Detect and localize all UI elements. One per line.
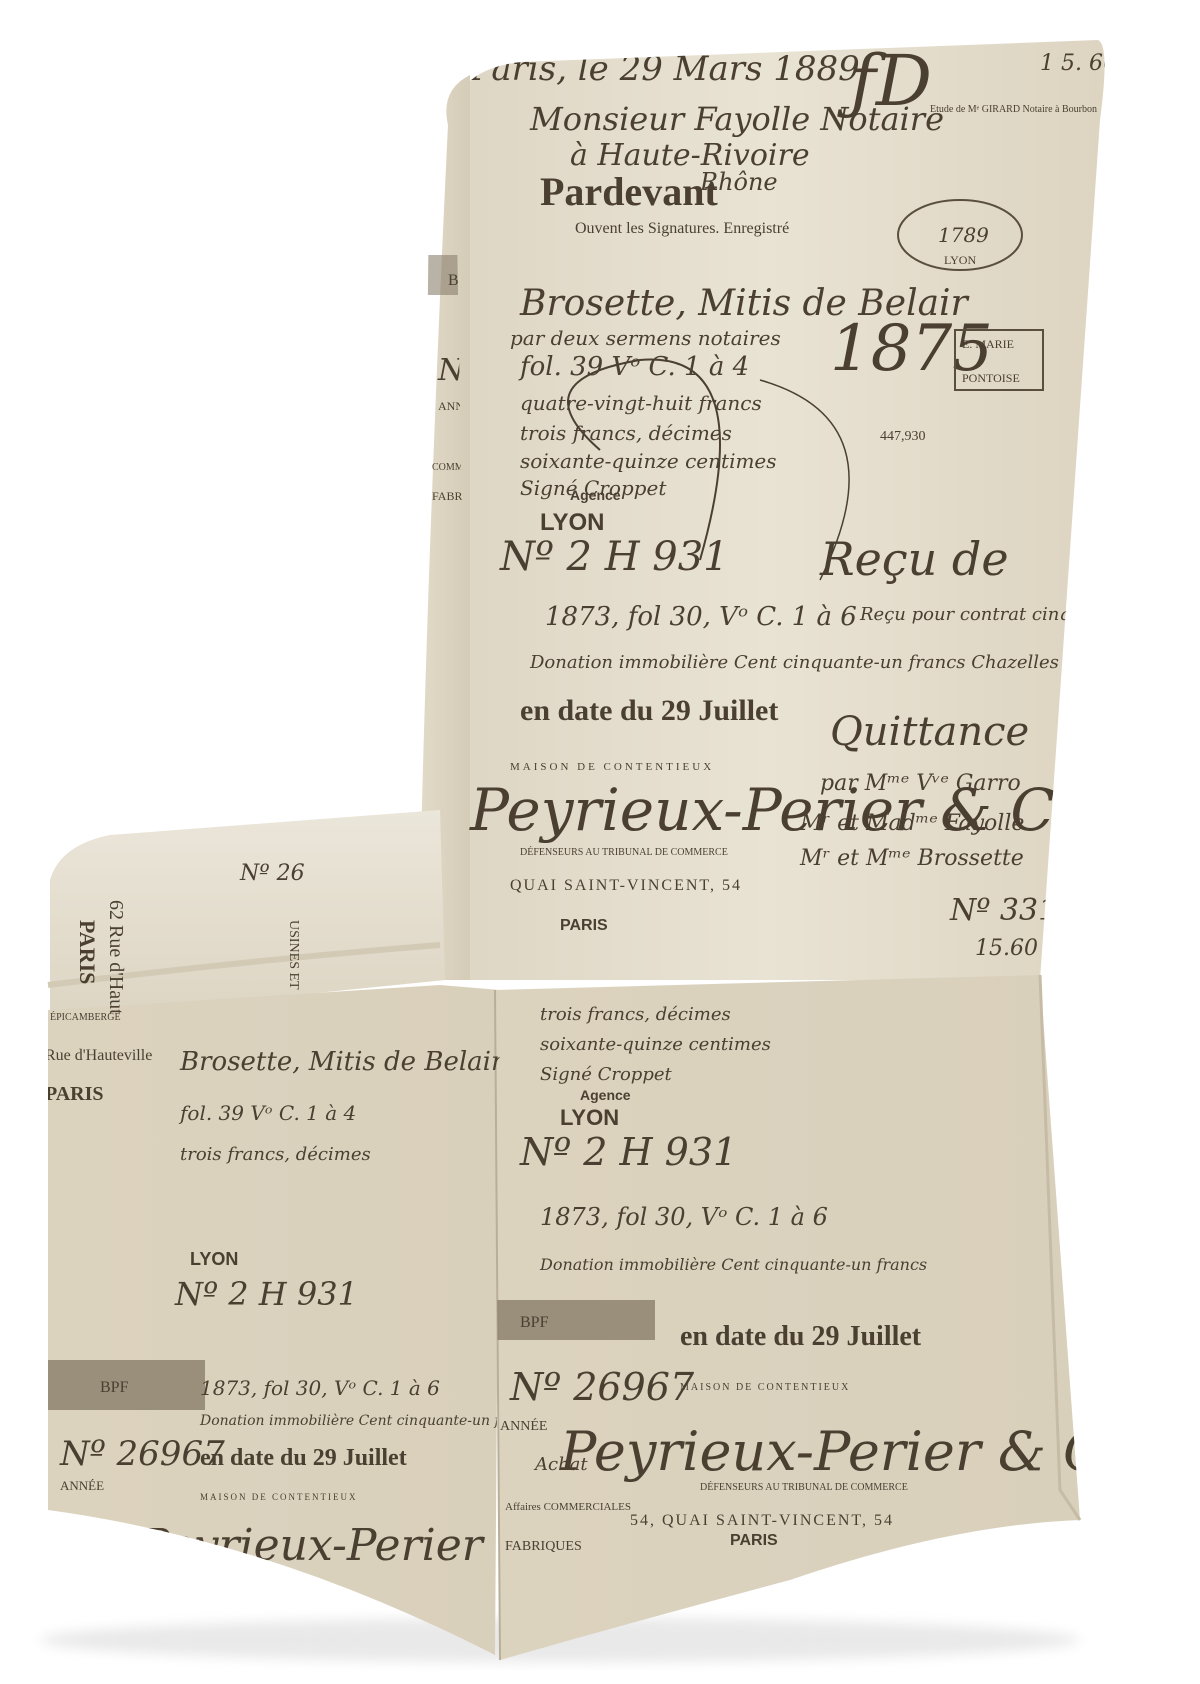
svg-text:Nº 2 H 931: Nº 2 H 931 <box>499 534 729 580</box>
svg-text:Quittance: Quittance <box>830 709 1029 755</box>
svg-text:Nº 2 H 931: Nº 2 H 931 <box>174 1275 358 1313</box>
svg-text:PONTOISE: PONTOISE <box>962 371 1020 385</box>
svg-text:Rue d'Hauteville: Rue d'Hauteville <box>45 1047 152 1064</box>
svg-text:Nº 331: Nº 331 <box>999 0 1086 26</box>
svg-text:1873, fol 30, Vᵒ C. 1 à 6: 1873, fol 30, Vᵒ C. 1 à 6 <box>200 1376 440 1400</box>
svg-text:trois francs, décimes: trois francs, décimes <box>180 1144 371 1165</box>
svg-text:Reçu de: Reçu de <box>819 532 1009 586</box>
svg-text:LYON: LYON <box>944 253 976 267</box>
chair-illustration: Paris, le 29 Mars 1889 ƒD Nº 331 1 5. 60… <box>0 0 1200 1684</box>
svg-text:Reçu pour contrat cinq: Reçu pour contrat cinq <box>859 604 1071 625</box>
svg-text:Nº 26967: Nº 26967 <box>509 1365 695 1409</box>
svg-text:soixante-quinze centimes: soixante-quinze centimes <box>540 1034 771 1055</box>
svg-text:DÉFENSEURS AU TRIBUNAL DE COMM: DÉFENSEURS AU TRIBUNAL DE COMMERCE <box>520 846 728 858</box>
svg-text:Etude de Mᵉ GIRARD Notaire à B: Etude de Mᵉ GIRARD Notaire à Bourbon <box>930 104 1097 115</box>
svg-text:Donation immobilière Cent cinq: Donation immobilière Cent cinquante-un f… <box>539 1255 927 1274</box>
svg-text:Mʳ et Madᵐᵉ Fayolle: Mʳ et Madᵐᵉ Fayolle <box>799 811 1024 836</box>
svg-text:quatre-vingt-huit francs: quatre-vingt-huit francs <box>520 391 762 415</box>
svg-text:15.60: 15.60 <box>975 936 1038 961</box>
svg-text:LYON: LYON <box>540 509 604 536</box>
svg-text:Peyrieux-Perier & Cie: Peyrieux-Perier & Cie <box>559 1420 1154 1483</box>
svg-text:MAISON DE CONTENTIEUX: MAISON DE CONTENTIEUX <box>510 761 714 773</box>
svg-text:en date du 29 Juillet: en date du 29 Juillet <box>200 1445 407 1471</box>
svg-text:DÉFENSEURS AU TRIBUNAL DE COMM: DÉFENSEURS AU TRIBUNAL DE COMMERCE <box>700 1481 908 1493</box>
svg-text:LYON: LYON <box>560 1105 619 1130</box>
svg-text:par Mᵐᵉ Vᵛᵉ Garro: par Mᵐᵉ Vᵛᵉ Garro <box>820 771 1021 796</box>
svg-text:USINES ET: USINES ET <box>286 920 301 990</box>
svg-text:447,930: 447,930 <box>880 429 926 444</box>
svg-text:Donation immobilière Cent cinq: Donation immobilière Cent cinquante-un f… <box>529 652 1059 673</box>
svg-text:ANNÉE: ANNÉE <box>500 1417 547 1434</box>
svg-text:ANNÉE: ANNÉE <box>60 1478 104 1493</box>
svg-text:54, QUAI SAINT-VINCENT, 54: 54, QUAI SAINT-VINCENT, 54 <box>630 1512 894 1529</box>
svg-text:Ouvent les Signatures. Enregis: Ouvent les Signatures. Enregistré <box>575 220 789 237</box>
svg-text:1 5. 60: 1 5. 60 <box>1040 51 1117 76</box>
svg-text:Pardevant: Pardevant <box>540 169 718 214</box>
svg-text:Paris, le 29 Mars 1889: Paris, le 29 Mars 1889 <box>469 49 860 89</box>
svg-text:FABRIQUES: FABRIQUES <box>505 1539 582 1554</box>
svg-text:Donation immobilière Cent cinq: Donation immobilière Cent cinquante-un f… <box>199 1413 539 1429</box>
svg-text:BPF: BPF <box>520 1314 549 1331</box>
svg-text:MAISON DE CONTENTIEUX: MAISON DE CONTENTIEUX <box>200 1492 358 1502</box>
svg-text:QUAI SAINT-VINCENT, 54: QUAI SAINT-VINCENT, 54 <box>510 877 742 894</box>
svg-text:E. MARIE: E. MARIE <box>962 337 1014 351</box>
svg-text:PARIS: PARIS <box>730 1532 778 1549</box>
svg-text:Agence: Agence <box>570 487 621 503</box>
svg-text:BPF: BPF <box>100 1379 129 1396</box>
svg-text:Agence: Agence <box>580 1087 631 1103</box>
svg-text:fol. 39 Vᵒ C. 1 à 4: fol. 39 Vᵒ C. 1 à 4 <box>178 1101 356 1125</box>
svg-text:Mʳ et Mᵐᵉ Brossette: Mʳ et Mᵐᵉ Brossette <box>799 846 1024 871</box>
svg-text:Nº 26: Nº 26 <box>239 861 305 886</box>
svg-text:LYON: LYON <box>190 1249 238 1269</box>
svg-text:Signé Croppet: Signé Croppet <box>540 1064 672 1085</box>
svg-text:en date du 29 Juillet: en date du 29 Juillet <box>520 694 778 727</box>
svg-text:fol. 39 Vᵒ C. 1 à 4: fol. 39 Vᵒ C. 1 à 4 <box>518 352 749 382</box>
svg-text:1873, fol 30, Vᵒ C. 1 à 6: 1873, fol 30, Vᵒ C. 1 à 6 <box>545 602 857 632</box>
svg-text:trois francs, décimes: trois francs, décimes <box>540 1004 731 1025</box>
svg-text:soixante-quinze centimes: soixante-quinze centimes <box>520 449 777 473</box>
svg-text:par deux sermens notaires: par deux sermens notaires <box>510 326 781 350</box>
svg-text:Brosette, Mitis de Belair: Brosette, Mitis de Belair <box>179 1047 505 1077</box>
svg-text:en date du 29 Juillet: en date du 29 Juillet <box>680 1321 922 1352</box>
svg-text:1873, fol 30, Vᵒ C. 1 à 6: 1873, fol 30, Vᵒ C. 1 à 6 <box>540 1203 828 1231</box>
svg-text:Nº 2 H 931: Nº 2 H 931 <box>519 1130 737 1174</box>
svg-text:1789: 1789 <box>938 223 989 247</box>
svg-text:trois francs, décimes: trois francs, décimes <box>520 421 732 445</box>
svg-text:Affaires COMMERCIALES: Affaires COMMERCIALES <box>505 1501 631 1513</box>
svg-text:MAISON DE CONTENTIEUX: MAISON DE CONTENTIEUX <box>680 1382 850 1393</box>
svg-text:Achat: Achat <box>533 1454 588 1475</box>
chair-product-photo: Paris, le 29 Mars 1889 ƒD Nº 331 1 5. 60… <box>0 0 1200 1684</box>
svg-text:Nº 331: Nº 331 <box>949 893 1057 928</box>
svg-text:PARIS: PARIS <box>75 920 100 984</box>
svg-text:PARIS: PARIS <box>45 1083 104 1105</box>
svg-text:Monsieur Fayolle Notaire: Monsieur Fayolle Notaire <box>529 100 944 138</box>
svg-text:ÉPICAMBERGE: ÉPICAMBERGE <box>50 1011 121 1023</box>
svg-text:PARIS: PARIS <box>560 917 608 934</box>
